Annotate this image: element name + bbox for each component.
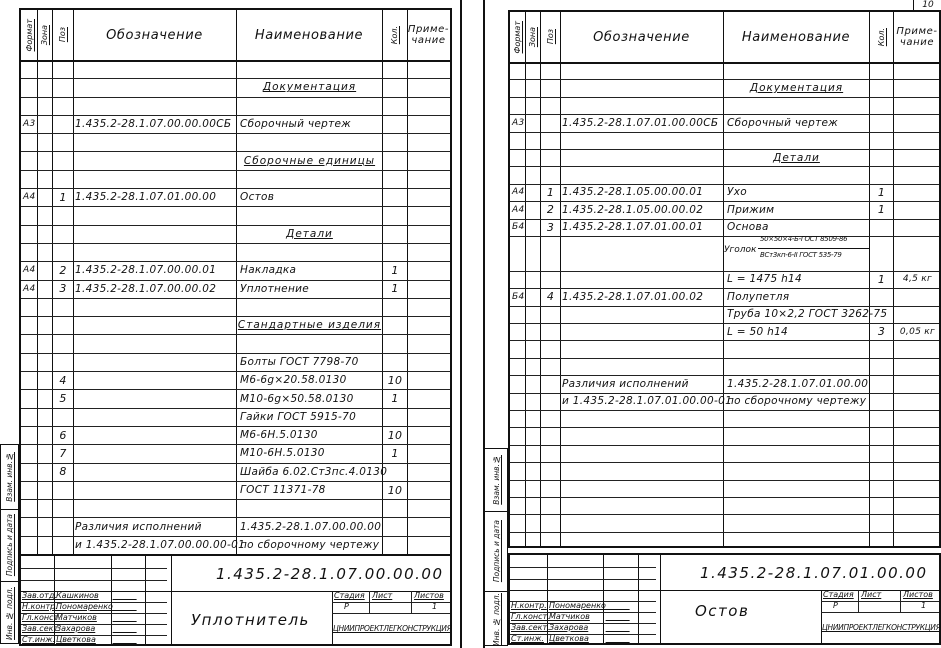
designation-cell	[75, 243, 235, 261]
pos-cell	[542, 427, 559, 444]
stamp-divider	[369, 591, 370, 613]
header-pos: Поз	[540, 12, 560, 62]
left-title-block: 1.435.2-28.1.07.00.00.00 Уплотнитель Ста…	[19, 554, 452, 646]
note-cell	[409, 97, 449, 115]
table-row	[21, 499, 450, 518]
qty-cell	[384, 298, 406, 316]
name-cell: 1.435.2-28.1.07.01.00.00	[725, 375, 870, 392]
name-cell	[238, 499, 381, 517]
signature-role: Н.контр.	[511, 601, 547, 611]
zone-cell	[527, 62, 539, 79]
pos-cell	[54, 115, 72, 133]
qty-cell	[384, 499, 406, 517]
zone-cell	[39, 444, 51, 462]
designation-cell	[75, 481, 235, 499]
name-cell: ГОСТ 11371-78	[238, 481, 383, 499]
note-cell	[409, 261, 449, 279]
name-cell	[238, 243, 381, 261]
format-cell	[23, 408, 36, 426]
pos-cell	[542, 253, 559, 270]
pos-cell: 3	[54, 280, 72, 298]
zone-cell	[527, 236, 539, 253]
format-cell: А3	[23, 115, 36, 133]
stamp-line	[21, 568, 167, 569]
table-row: 4М6-6g×20.58.013010	[21, 371, 450, 390]
stamp-divider	[638, 555, 639, 643]
pos-cell: 6	[54, 426, 72, 444]
format-cell: А4	[23, 188, 36, 206]
pos-cell	[542, 323, 559, 340]
stamp-title: Остов	[695, 602, 749, 620]
signature-scribble-icon	[112, 626, 139, 633]
zone-cell	[527, 166, 539, 183]
header-designation: Обозначение	[73, 10, 236, 60]
designation-cell	[562, 306, 722, 323]
stamp-divider	[411, 591, 412, 613]
note-cell	[409, 316, 449, 334]
name-cell	[725, 340, 868, 357]
designation-cell	[75, 444, 235, 462]
name-cell: Остов	[238, 188, 383, 206]
qty-cell: 1	[384, 444, 406, 462]
table-row: 5М10-6g×50.58.01301	[21, 389, 450, 408]
qty-cell: 1	[871, 201, 892, 218]
format-cell	[512, 62, 524, 79]
pos-cell	[542, 132, 559, 149]
table-row	[510, 514, 939, 532]
signature-scribble-icon	[605, 614, 632, 621]
name-cell: Уплотнение	[238, 280, 383, 298]
signature-name: Пономаренко	[549, 601, 606, 611]
qty-cell	[384, 188, 406, 206]
signature-scribble-icon	[605, 625, 632, 632]
qty-cell	[871, 480, 892, 497]
format-cell	[23, 463, 36, 481]
table-row: Документация	[510, 79, 939, 97]
stamp-title: Уплотнитель	[191, 611, 310, 629]
left-spec-table: Формат Зона Поз Обозначение Наименование…	[19, 8, 452, 556]
stamp-line	[510, 579, 656, 580]
note-cell	[895, 306, 940, 323]
note-cell	[895, 114, 940, 131]
format-cell	[512, 480, 524, 497]
designation-cell	[562, 323, 722, 340]
pos-cell	[54, 518, 72, 536]
pos-cell: 5	[54, 389, 72, 407]
note-cell	[895, 462, 940, 479]
zone-cell	[527, 410, 539, 427]
note-cell	[895, 79, 940, 96]
designation-cell	[75, 206, 235, 224]
table-row	[510, 132, 939, 150]
zone-cell	[527, 288, 539, 305]
qty-cell: 1	[384, 261, 406, 279]
signature-name: Пономаренко	[56, 602, 113, 612]
header-qty: Кол.	[382, 10, 407, 60]
table-row: А411.435.2-28.1.07.01.00.00Остов	[21, 188, 450, 207]
note-cell	[895, 97, 940, 114]
signature-scribble-icon	[605, 636, 632, 643]
qty-cell	[871, 375, 892, 392]
note-cell	[895, 62, 940, 79]
pos-cell	[54, 243, 72, 261]
designation-cell: 1.435.2-28.1.07.01.00.00	[75, 188, 235, 206]
format-cell	[512, 427, 524, 444]
format-cell	[512, 79, 524, 96]
signature-name: Матчиков	[56, 613, 97, 623]
format-cell	[23, 298, 36, 316]
name-cell	[238, 206, 381, 224]
pos-cell	[54, 298, 72, 316]
name-cell: Детали	[238, 225, 381, 243]
qty-cell	[871, 236, 892, 253]
table-row: ГОСТ 11371-7810	[21, 481, 450, 500]
right-spec-table: Формат Зона Поз Обозначение Наименование…	[508, 10, 941, 548]
sheets-label: Листов	[903, 590, 933, 600]
table-row	[510, 462, 939, 480]
pos-cell	[54, 170, 72, 188]
name-cell: L = 50 h14	[725, 323, 870, 340]
stamp-values-row: Р 1	[821, 601, 939, 613]
zone-cell	[527, 340, 539, 357]
qty-cell: 3	[871, 323, 892, 340]
table-row: L = 1475 h1414,5 кг	[510, 271, 939, 289]
designation-cell	[562, 514, 722, 531]
designation-cell	[75, 463, 235, 481]
signature-scribble-icon	[112, 604, 139, 611]
zone-cell	[527, 201, 539, 218]
qty-cell	[871, 149, 892, 166]
pos-cell	[54, 408, 72, 426]
format-cell: А4	[23, 280, 36, 298]
table-row	[21, 133, 450, 152]
table-row: А411.435.2-28.1.05.00.00.01Ухо1	[510, 184, 939, 202]
format-cell	[23, 97, 36, 115]
stamp-divider	[603, 555, 604, 643]
format-cell	[512, 306, 524, 323]
table-row: 7М10-6Н.5.01301	[21, 444, 450, 463]
zone-cell	[39, 280, 51, 298]
note-cell	[409, 371, 449, 389]
note-cell	[895, 166, 940, 183]
designation-cell	[562, 445, 722, 462]
qty-cell	[384, 97, 406, 115]
table-row	[510, 358, 939, 376]
zone-cell	[527, 306, 539, 323]
header-note: Приме- чание	[893, 12, 941, 62]
name-cell	[725, 358, 868, 375]
qty-cell	[384, 170, 406, 188]
designation-cell	[75, 170, 235, 188]
name-cell: Полупетля	[725, 288, 870, 305]
table-row: Гайки ГОСТ 5915-70	[21, 408, 450, 427]
name-cell: М6-6g×20.58.0130	[238, 371, 383, 389]
zone-cell	[39, 152, 51, 170]
zone-cell	[527, 497, 539, 514]
signature-name: Кашкинов	[56, 591, 99, 601]
stamp-organization: ЦНИИПРОЕКТЛЕГКОНСТРУКЦИЯ	[822, 623, 941, 633]
note-cell	[895, 445, 940, 462]
pos-cell	[542, 497, 559, 514]
table-row	[510, 410, 939, 428]
signature-name: Цветкова	[56, 635, 96, 645]
note-cell	[409, 426, 449, 444]
designation-cell	[75, 97, 235, 115]
name-cell	[725, 132, 868, 149]
name-cell	[725, 410, 868, 427]
qty-cell: 1	[871, 184, 892, 201]
angle-denominator: ВСт3кп-6-II ГОСТ 535-79	[760, 251, 842, 259]
pos-cell	[54, 133, 72, 151]
table-row: Различия исполнений1.435.2-28.1.07.01.00…	[510, 375, 939, 393]
stamp-line	[21, 580, 167, 581]
pos-cell	[542, 306, 559, 323]
qty-cell	[384, 463, 406, 481]
qty-cell	[871, 497, 892, 514]
zone-cell	[527, 184, 539, 201]
format-cell	[23, 426, 36, 444]
qty-cell	[384, 335, 406, 353]
name-cell	[238, 170, 381, 188]
name-cell: Сборочные единицы	[238, 152, 381, 170]
table-row: Сборочные единицы	[21, 152, 450, 171]
signature-role: Н.контр.	[22, 602, 58, 612]
signature-name: Захарова	[549, 623, 588, 633]
designation-cell: Различия исполнений	[75, 518, 235, 536]
name-cell	[725, 514, 868, 531]
name-cell: Прижим	[725, 201, 870, 218]
zone-cell	[527, 358, 539, 375]
note-cell	[409, 133, 449, 151]
stamp-document-code: 1.435.2-28.1.07.00.00.00	[216, 565, 443, 583]
qty-cell	[384, 60, 406, 78]
qty-cell	[384, 518, 406, 536]
note-cell	[895, 497, 940, 514]
designation-cell	[75, 225, 235, 243]
table-row: А31.435.2-28.1.07.00.00.00СБСборочный че…	[21, 115, 450, 134]
angle-numerator: 50×50×4-Б-ГОСТ 8509-86	[760, 235, 847, 243]
header-note: Приме- чание	[407, 10, 450, 60]
zone-cell	[527, 393, 539, 410]
pos-cell	[54, 536, 72, 554]
format-cell	[512, 393, 524, 410]
format-cell	[23, 60, 36, 78]
table-row	[510, 427, 939, 445]
designation-cell: 1.435.2-28.1.07.00.00.02	[75, 280, 235, 298]
name-cell: Труба 10×2,2 ГОСТ 3262-75	[725, 306, 870, 323]
zone-cell	[39, 188, 51, 206]
format-cell	[23, 335, 36, 353]
sheet-label: Лист	[861, 590, 881, 600]
angle-spec: Уголок 50×50×4-Б-ГОСТ 8509-86 ВСт3кп-6-I…	[724, 233, 869, 269]
zone-cell	[39, 170, 51, 188]
note-cell	[895, 375, 940, 392]
format-cell	[23, 133, 36, 151]
pos-cell	[54, 206, 72, 224]
pos-cell	[542, 358, 559, 375]
format-cell	[512, 462, 524, 479]
designation-cell	[75, 499, 235, 517]
name-cell	[725, 427, 868, 444]
zone-cell	[527, 271, 539, 288]
name-cell: Ухо	[725, 184, 870, 201]
qty-cell	[871, 306, 892, 323]
qty-cell: 10	[384, 371, 406, 389]
zone-cell	[39, 60, 51, 78]
qty-cell	[871, 253, 892, 270]
qty-cell	[871, 445, 892, 462]
qty-cell	[871, 132, 892, 149]
zone-cell	[39, 389, 51, 407]
qty-cell	[871, 219, 892, 236]
note-cell	[409, 353, 449, 371]
note-cell	[409, 188, 449, 206]
designation-cell	[562, 149, 722, 166]
qty-cell	[871, 427, 892, 444]
stamp-organization: ЦНИИПРОЕКТЛЕГКОНСТРУКЦИЯ	[333, 624, 452, 634]
header-zone: Зона	[37, 10, 52, 60]
designation-cell	[562, 79, 722, 96]
format-cell	[23, 316, 36, 334]
designation-cell	[562, 358, 722, 375]
format-cell	[23, 243, 36, 261]
name-cell	[725, 166, 868, 183]
name-cell	[725, 445, 868, 462]
name-cell: по сборочному чертежу	[725, 393, 870, 410]
qty-cell: 10	[384, 426, 406, 444]
zone-cell	[39, 298, 51, 316]
pos-cell	[54, 225, 72, 243]
note-cell	[409, 206, 449, 224]
qty-cell	[384, 353, 406, 371]
pos-cell	[54, 60, 72, 78]
stage-value: Р	[344, 602, 349, 612]
format-cell	[512, 97, 524, 114]
fraction-bar	[758, 248, 869, 249]
pos-cell	[54, 316, 72, 334]
note-cell	[409, 481, 449, 499]
qty-cell	[871, 62, 892, 79]
qty-cell	[871, 462, 892, 479]
zone-cell	[527, 462, 539, 479]
zone-cell	[39, 408, 51, 426]
format-cell	[23, 353, 36, 371]
designation-cell	[562, 462, 722, 479]
side-label-orig-inv: Инв. № подл.	[485, 591, 507, 647]
pos-cell	[54, 481, 72, 499]
pos-cell	[542, 114, 559, 131]
designation-cell: 1.435.2-28.1.07.01.00.02	[562, 288, 722, 305]
qty-cell	[871, 514, 892, 531]
note-cell	[409, 518, 449, 536]
table-row: Детали	[510, 149, 939, 167]
note-cell	[409, 389, 449, 407]
note-cell	[895, 149, 940, 166]
name-cell: 1.435.2-28.1.07.00.00.00	[238, 518, 383, 536]
designation-cell	[562, 166, 722, 183]
format-cell	[512, 132, 524, 149]
left-sheet: Формат Зона Поз Обозначение Наименование…	[0, 0, 470, 648]
zone-cell	[39, 316, 51, 334]
qty-cell	[384, 316, 406, 334]
right-side-strip: Взам. инв.№ Подпись и дата Инв. № подл.	[484, 448, 508, 646]
sheet-label: Лист	[372, 591, 392, 601]
stamp-divider	[111, 556, 112, 644]
name-cell	[725, 62, 868, 79]
pos-cell: 4	[54, 371, 72, 389]
name-cell	[725, 462, 868, 479]
qty-cell: 1	[871, 271, 892, 288]
name-cell	[725, 480, 868, 497]
designation-cell: 1.435.2-28.1.05.00.00.01	[562, 184, 722, 201]
table-row: Документация	[21, 78, 450, 97]
format-cell	[512, 358, 524, 375]
zone-cell	[39, 426, 51, 444]
stamp-divider	[171, 556, 172, 644]
signature-scribble-icon	[605, 603, 632, 610]
note-cell	[409, 60, 449, 78]
qty-cell	[871, 114, 892, 131]
right-title-block: 1.435.2-28.1.07.01.00.00 Остов Стадия Ли…	[508, 553, 941, 645]
designation-cell: 1.435.2-28.1.05.00.00.02	[562, 201, 722, 218]
designation-cell	[75, 78, 235, 96]
pos-cell	[54, 335, 72, 353]
qty-cell	[384, 206, 406, 224]
pos-cell	[542, 271, 559, 288]
name-cell	[725, 497, 868, 514]
zone-cell	[39, 463, 51, 481]
note-cell	[409, 463, 449, 481]
zone-cell	[39, 261, 51, 279]
designation-cell	[75, 152, 235, 170]
zone-cell	[39, 536, 51, 554]
note-cell	[895, 288, 940, 305]
signature-scribble-icon	[112, 637, 139, 644]
qty-cell	[871, 393, 892, 410]
pos-cell	[542, 62, 559, 79]
pos-cell	[54, 353, 72, 371]
zone-cell	[39, 371, 51, 389]
header-designation: Обозначение	[560, 12, 723, 62]
zone-cell	[527, 514, 539, 531]
stage-value: Р	[833, 601, 838, 611]
header-name: Наименование	[723, 12, 869, 62]
pos-cell	[54, 78, 72, 96]
note-cell	[409, 225, 449, 243]
designation-cell	[75, 371, 235, 389]
note-cell	[895, 514, 940, 531]
format-cell	[23, 371, 36, 389]
designation-cell	[562, 497, 722, 514]
zone-cell	[39, 353, 51, 371]
note-cell	[895, 427, 940, 444]
table-row: и 1.435.2-28.1.07.00.00.00-01по сборочно…	[21, 536, 450, 555]
designation-cell	[562, 132, 722, 149]
sheets-value: 1	[432, 602, 437, 612]
table-row	[510, 97, 939, 115]
side-label-replace-inv: Взам. инв.№	[485, 449, 507, 512]
pos-cell: 1	[542, 184, 559, 201]
designation-cell	[562, 340, 722, 357]
table-row	[21, 335, 450, 354]
designation-cell	[562, 427, 722, 444]
header-zone: Зона	[525, 12, 540, 62]
pos-cell	[542, 393, 559, 410]
name-cell	[238, 60, 381, 78]
note-cell	[409, 115, 449, 133]
zone-cell	[527, 445, 539, 462]
pos-cell	[542, 514, 559, 531]
